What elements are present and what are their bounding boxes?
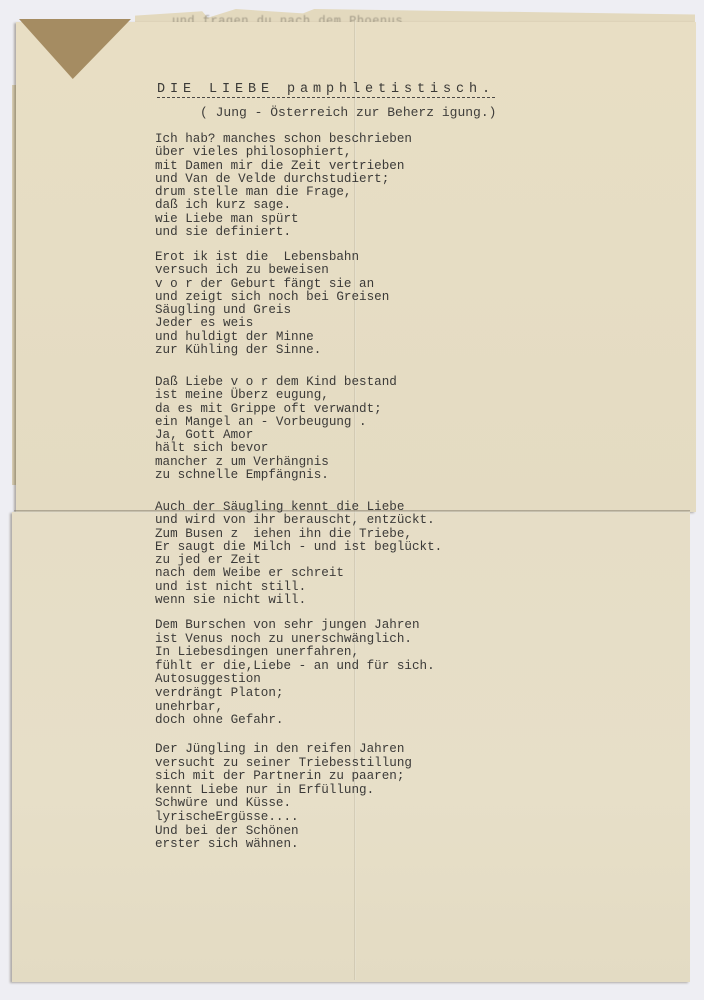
stanza-3: Daß Liebe v o r dem Kind bestandist mein… — [155, 376, 397, 482]
poem-line: Dem Burschen von sehr jungen Jahren — [155, 619, 435, 633]
poem-line: Zum Busen z iehen ihn die Triebe, — [155, 528, 442, 541]
stanza-5: Dem Burschen von sehr jungen Jahrenist V… — [155, 619, 435, 728]
poem-line: wenn sie nicht will. — [155, 594, 442, 607]
poem-line: unehrbar, — [155, 701, 435, 715]
poem-line: ist Venus noch zu unerschwänglich. — [155, 633, 435, 647]
poem-line: Ich hab? manches schon beschrieben — [155, 133, 412, 146]
poem-line: Auch der Säugling kennt die Liebe — [155, 501, 442, 514]
poem-line: und huldigt der Minne — [155, 331, 389, 344]
poem-line: zu jed er Zeit — [155, 554, 442, 567]
poem-line: zur Kühling der Sinne. — [155, 344, 389, 357]
poem-line: Und bei der Schönen — [155, 825, 412, 839]
poem-line: Daß Liebe v o r dem Kind bestand — [155, 376, 397, 389]
poem-line: Jeder es weis — [155, 317, 389, 330]
poem-line: lyrischeErgüsse.... — [155, 811, 412, 825]
poem-line: verdrängt Platon; — [155, 687, 435, 701]
poem-line: nach dem Weibe er schreit — [155, 567, 442, 580]
poem-line: mit Damen mir die Zeit vertrieben — [155, 160, 412, 173]
poem-line: Der Jüngling in den reifen Jahren — [155, 743, 412, 757]
poem-line: sich mit der Partnerin zu paaren; — [155, 770, 412, 784]
poem-line: hält sich bevor — [155, 442, 397, 455]
poem-line: Autosuggestion — [155, 673, 435, 687]
poem-line: versuch ich zu beweisen — [155, 264, 389, 277]
poem-line: v o r der Geburt fängt sie an — [155, 278, 389, 291]
poem-line: versucht zu seiner Triebesstillung — [155, 757, 412, 771]
poem-line: erster sich wähnen. — [155, 838, 412, 852]
poem-line: Schwüre und Küsse. — [155, 797, 412, 811]
poem-line: Ja, Gott Amor — [155, 429, 397, 442]
poem-line: und sie definiert. — [155, 226, 412, 239]
poem-line: drum stelle man die Frage, — [155, 186, 412, 199]
poem-line: da es mit Grippe oft verwandt; — [155, 403, 397, 416]
poem-line: zu schnelle Empfängnis. — [155, 469, 397, 482]
poem-line: kennt Liebe nur in Erfüllung. — [155, 784, 412, 798]
poem-line: über vieles philosophiert, — [155, 146, 412, 159]
typewritten-poem: DIE LIEBE pamphletistisch. ( Jung - Öste… — [0, 0, 704, 1000]
stanza-1: Ich hab? manches schon beschriebenüber v… — [155, 133, 412, 239]
poem-line: und Van de Velde durchstudiert; — [155, 173, 412, 186]
poem-line: Erot ik ist die Lebensbahn — [155, 251, 389, 264]
stanza-4: Auch der Säugling kennt die Liebeund wir… — [155, 501, 442, 607]
poem-line: Er saugt die Milch - und ist beglückt. — [155, 541, 442, 554]
poem-line: ist meine Überz eugung, — [155, 389, 397, 402]
poem-line: und zeigt sich noch bei Greisen — [155, 291, 389, 304]
stanza-2: Erot ik ist die Lebensbahnversuch ich zu… — [155, 251, 389, 357]
poem-line: und ist nicht still. — [155, 581, 442, 594]
poem-line: wie Liebe man spürt — [155, 213, 412, 226]
poem-line: Säugling und Greis — [155, 304, 389, 317]
stanza-6: Der Jüngling in den reifen Jahrenversuch… — [155, 743, 412, 852]
poem-line: mancher z um Verhängnis — [155, 456, 397, 469]
poem-line: In Liebesdingen unerfahren, — [155, 646, 435, 660]
poem-line: daß ich kurz sage. — [155, 199, 412, 212]
poem-line: fühlt er die,Liebe - an und für sich. — [155, 660, 435, 674]
poem-subtitle: ( Jung - Österreich zur Beherz igung.) — [200, 106, 496, 119]
poem-title: DIE LIEBE pamphletistisch. — [157, 83, 495, 98]
poem-line: ein Mangel an - Vorbeugung . — [155, 416, 397, 429]
poem-line: doch ohne Gefahr. — [155, 714, 435, 728]
poem-line: und wird von ihr berauscht, entzückt. — [155, 514, 442, 527]
